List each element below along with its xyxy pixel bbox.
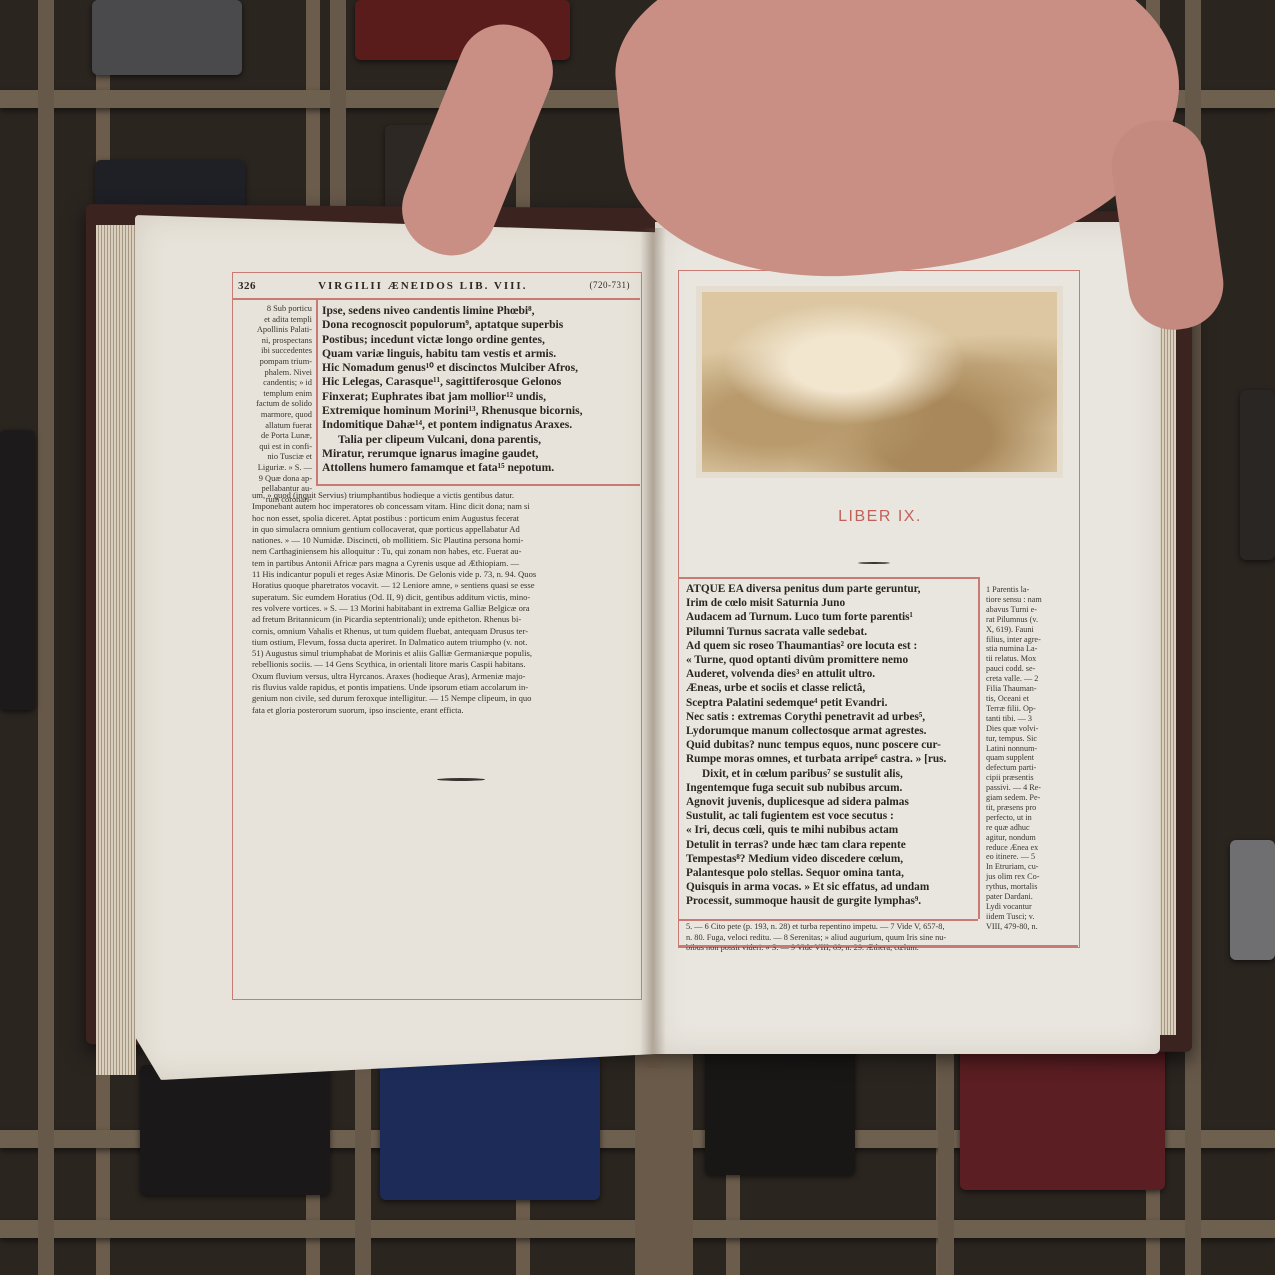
verse-line: Quisquis in arma vocas. » Et sic effatus… — [686, 880, 946, 894]
book-gutter — [640, 228, 666, 1068]
side-note-line: Dies quæ volvi- — [986, 724, 1042, 734]
footnote-line: superatum. Sic eumdem Horatius (Od. II, … — [252, 592, 536, 603]
footnote-line: tium ostium, Flevum, fossa ducta aperire… — [252, 637, 536, 648]
title-ornament-icon — [858, 562, 890, 564]
side-note-line: candentis; » id — [238, 378, 312, 389]
verse-line: Indomitique Dahæ¹⁴, et pontem indignatus… — [322, 418, 583, 432]
footnote-line: um, » quod (inquit Servius) triumphantib… — [252, 490, 536, 501]
footnote-line: res volvere vortices. » S. — 13 Morini h… — [252, 603, 536, 614]
shelf-divider — [635, 1040, 693, 1275]
footnote-line: n. 80. Fuga, veloci reditu. — 8 Serenita… — [686, 933, 946, 944]
miniature-book — [140, 1065, 330, 1195]
verse-line: Irim de cœlo misit Saturnia Juno — [686, 596, 946, 610]
footnote-line: Oxum fluvium versus, ultra Hyrcanos. Ara… — [252, 671, 536, 682]
side-note-line: ni, prospectans — [238, 336, 312, 347]
side-note-line: de Porta Lunæ, — [238, 431, 312, 442]
side-note-line: rythus, mortalis — [986, 882, 1042, 892]
verse-line: Talia per clipeum Vulcani, dona parentis… — [322, 433, 583, 447]
verse-line: Hic Lelegas, Carasque¹¹, sagittiferosque… — [322, 375, 583, 389]
side-note-line: templum enim — [238, 389, 312, 400]
verse-line: Processit, summoque hausit de gurgite ly… — [686, 894, 946, 908]
side-note-line: pater Dardani. — [986, 892, 1042, 902]
footnote-line: ris fluvius valde rapidus, et pontis imp… — [252, 682, 536, 693]
side-note-line: tiore sensu : nam — [986, 595, 1042, 605]
right-side-notes: 1 Parentis la- tiore sensu : nam abavus … — [986, 585, 1042, 932]
verse-line: Rumpe moras omnes, et turbata arripe⁶ ca… — [686, 752, 946, 766]
miniature-book — [1240, 390, 1275, 560]
side-note-line: perfecto, ut in — [986, 813, 1042, 823]
side-note-line: agitur, nondum — [986, 833, 1042, 843]
side-note-line: ibi succedentes — [238, 346, 312, 357]
side-note-line: Apollinis Palati- — [238, 325, 312, 336]
footnote-line: Horatius quoque pharetratos vocavit. — 1… — [252, 580, 536, 591]
verse-line: Agnovit juvenis, duplicesque ad sidera p… — [686, 795, 946, 809]
verse-bottom-rule — [678, 919, 978, 921]
side-note-line: et adita templi — [238, 315, 312, 326]
verse-line: Sustulit, ac tali fugientem est voce sec… — [686, 809, 946, 823]
verse-line: Tempestas⁸? Medium video discedere cœlum… — [686, 852, 946, 866]
shelf-divider — [355, 1040, 371, 1275]
verse-line: Extremique hominum Morini¹³, Rhenusque b… — [322, 404, 583, 418]
verse-top-rule — [678, 577, 978, 579]
left-footnotes: um, » quod (inquit Servius) triumphantib… — [252, 490, 536, 716]
side-note-line: allatum fuerat — [238, 421, 312, 432]
side-note-line: tis, Oceani et — [986, 694, 1042, 704]
verse-line: Ipse, sedens niveo candentis limine Phœb… — [322, 304, 583, 318]
verse-line: Auderet, volvenda dies³ en attulit ultro… — [686, 667, 946, 681]
footnote-line: nem Carthaginiensem his alloquitur : Tu,… — [252, 546, 536, 557]
verse-line: « Turne, quod optanti divûm promittere n… — [686, 653, 946, 667]
footnote-line: genium non civile, sed durum feroxque in… — [252, 693, 536, 704]
footnote-line: ad fretum Britannicum (in Picardia septe… — [252, 614, 536, 625]
side-note-line: Lydi vocantur — [986, 902, 1042, 912]
side-note-line: cipii præsentis — [986, 773, 1042, 783]
shelf-divider — [38, 0, 54, 1275]
verse-line: Æneas, urbe et sociis et classe relictâ, — [686, 681, 946, 695]
verse-line: Lydorumque manum collectosque armat agre… — [686, 724, 946, 738]
verse-line: Pilumni Turnus sacrata valle sedebat. — [686, 625, 946, 639]
footnote-line: in quo simulacra omnium gentium collocav… — [252, 524, 536, 535]
side-note-line: Liguriæ. » S. — — [238, 463, 312, 474]
side-note-line: tit, præsens pro — [986, 803, 1042, 813]
verse-line: Dona recognoscit populorum⁹, aptatque su… — [322, 318, 583, 332]
left-side-notes: 8 Sub porticu et adita templi Apollinis … — [238, 304, 312, 505]
verse-bottom-rule — [316, 484, 640, 486]
side-note-line: VIII, 479-80, n. — [986, 922, 1042, 932]
side-note-line: phalem. Nivei — [238, 368, 312, 379]
side-note-line: stia numina La- — [986, 644, 1042, 654]
miniature-book — [705, 1045, 855, 1175]
miniature-book — [960, 1045, 1165, 1190]
left-verses: Ipse, sedens niveo candentis limine Phœb… — [322, 304, 583, 476]
verse-line: Hic Nomadum genus¹⁰ et discinctos Mulcib… — [322, 361, 583, 375]
side-note-line: re quæ adhuc — [986, 823, 1042, 833]
side-note-line: Terræ filii. Op- — [986, 704, 1042, 714]
verse-line: Quam variæ linguis, habitu tam vestis et… — [322, 347, 583, 361]
verse-line: ATQUE EA diversa penitus dum parte gerun… — [686, 582, 946, 596]
footnote-bottom-rule — [678, 945, 1078, 947]
footnote-line: fata et gloria posterorum suorum, ipso i… — [252, 705, 536, 716]
verse-line: Quid dubitas? nunc tempus equos, nunc po… — [686, 738, 946, 752]
page-number: 326 — [238, 280, 256, 292]
side-note-line: X, 619). Fauni — [986, 625, 1042, 635]
side-note-line: tii relatus. Mox — [986, 654, 1042, 664]
verse-line: Detulit in terras? unde hæc tam clara re… — [686, 838, 946, 852]
verse-line: Audacem ad Turnum. Luco tum forte parent… — [686, 610, 946, 624]
side-note-line: defectum parti- — [986, 763, 1042, 773]
side-note-line: giam sedem. Pe- — [986, 793, 1042, 803]
tailpiece-ornament-icon — [437, 778, 485, 781]
verse-line: Finxerat; Euphrates ibat jam mollior¹² u… — [322, 390, 583, 404]
verse-line: Attollens humero famamque et fata¹⁵ nepo… — [322, 461, 583, 475]
miniature-book — [380, 1055, 600, 1200]
side-note-line: passivi. — 4 Re- — [986, 783, 1042, 793]
footnote-line: hoc non esset, spolia diceret. Aptat pos… — [252, 513, 536, 524]
footnote-line: nationes. » — 10 Numidæ. Discincti, ob m… — [252, 535, 536, 546]
running-title: VIRGILII ÆNEIDOS LIB. VIII. — [318, 280, 527, 292]
verse-line: Postibus; incedunt victæ longo ordine ge… — [322, 333, 583, 347]
footnote-line: rebellionis sociis. — 14 Gens Scythica, … — [252, 659, 536, 670]
side-note-line: Filia Thauman- — [986, 684, 1042, 694]
sidenote-rule — [978, 577, 980, 919]
side-note-line: pompam trium- — [238, 357, 312, 368]
page-edges-left — [96, 225, 136, 1075]
side-note-line: creta valle. — 2 — [986, 674, 1042, 684]
footnote-line: 11 His indicantur populi et reges Asiæ M… — [252, 569, 536, 580]
engraving-plate — [702, 292, 1057, 472]
side-note-line: tanti tibi. — 3 — [986, 714, 1042, 724]
running-header: 326 VIRGILII ÆNEIDOS LIB. VIII. (720-731… — [238, 280, 630, 292]
side-note-line: rat Pilumnus (v. — [986, 615, 1042, 625]
sidenote-rule — [316, 298, 318, 484]
miniature-book — [92, 0, 242, 75]
verse-line: Nec satis : extremas Corythi penetravit … — [686, 710, 946, 724]
side-note-line: qui est in confi- — [238, 442, 312, 453]
verse-line: Ad quem sic roseo Thaumantias² ore locut… — [686, 639, 946, 653]
footnote-line: Imponebant autem hoc imperatores ob conc… — [252, 501, 536, 512]
side-note-line: iidem Tusci; v. — [986, 912, 1042, 922]
footnote-line: 51) Augustus simul triumphabat de Morini… — [252, 648, 536, 659]
verse-line: Miratur, rerumque ignarus imagine gaudet… — [322, 447, 583, 461]
book-title: LIBER IX. — [680, 508, 1080, 526]
side-note-line: reduce Ænea ex — [986, 843, 1042, 853]
side-note-line: 8 Sub porticu — [238, 304, 312, 315]
right-footnotes: 5. — 6 Cito pete (p. 193, n. 28) et turb… — [686, 922, 946, 954]
footnote-line: 5. — 6 Cito pete (p. 193, n. 28) et turb… — [686, 922, 946, 933]
verse-line: Sceptra Palatini sedemque⁴ petit Evandri… — [686, 696, 946, 710]
side-note-line: filius, inter agre- — [986, 635, 1042, 645]
verse-line: Dixit, et in cœlum paribus⁷ se sustulit … — [686, 767, 946, 781]
footnote-line: tem in partibus Antonii Africæ pars magn… — [252, 558, 536, 569]
side-note-line: Latini nonnum- — [986, 744, 1042, 754]
side-note-line: tur, tempus. Sic — [986, 734, 1042, 744]
side-note-line: In Etruriam, cu- — [986, 862, 1042, 872]
side-note-line: 1 Parentis la- — [986, 585, 1042, 595]
side-note-line: marmore, quod — [238, 410, 312, 421]
miniature-book — [1230, 840, 1275, 960]
right-verses: ATQUE EA diversa penitus dum parte gerun… — [686, 582, 946, 909]
verse-line: Ingentemque fuga secuit sub nubibus arcu… — [686, 781, 946, 795]
verse-line: Palantesque polo stellas. Sequor omina t… — [686, 866, 946, 880]
side-note-line: abavus Turni e- — [986, 605, 1042, 615]
side-note-line: factum de solido — [238, 399, 312, 410]
miniature-book — [95, 160, 245, 210]
miniature-book — [0, 430, 35, 710]
side-note-line: quam supplent — [986, 753, 1042, 763]
footnote-line: cornis, omnium Vahalis et Rhenus, ut tum… — [252, 626, 536, 637]
side-note-line: nio Tusciæ et — [238, 452, 312, 463]
header-rule — [232, 298, 640, 300]
side-note-line: 9 Quæ dona ap- — [238, 474, 312, 485]
line-range: (720-731) — [590, 280, 631, 292]
side-note-line: jus olim rex Co- — [986, 872, 1042, 882]
shelf-divider — [938, 1040, 954, 1275]
side-note-line: eo itinere. — 5 — [986, 852, 1042, 862]
verse-line: « Iri, decus cœli, quis te mihi nubibus … — [686, 823, 946, 837]
side-note-line: pauci codd. se- — [986, 664, 1042, 674]
